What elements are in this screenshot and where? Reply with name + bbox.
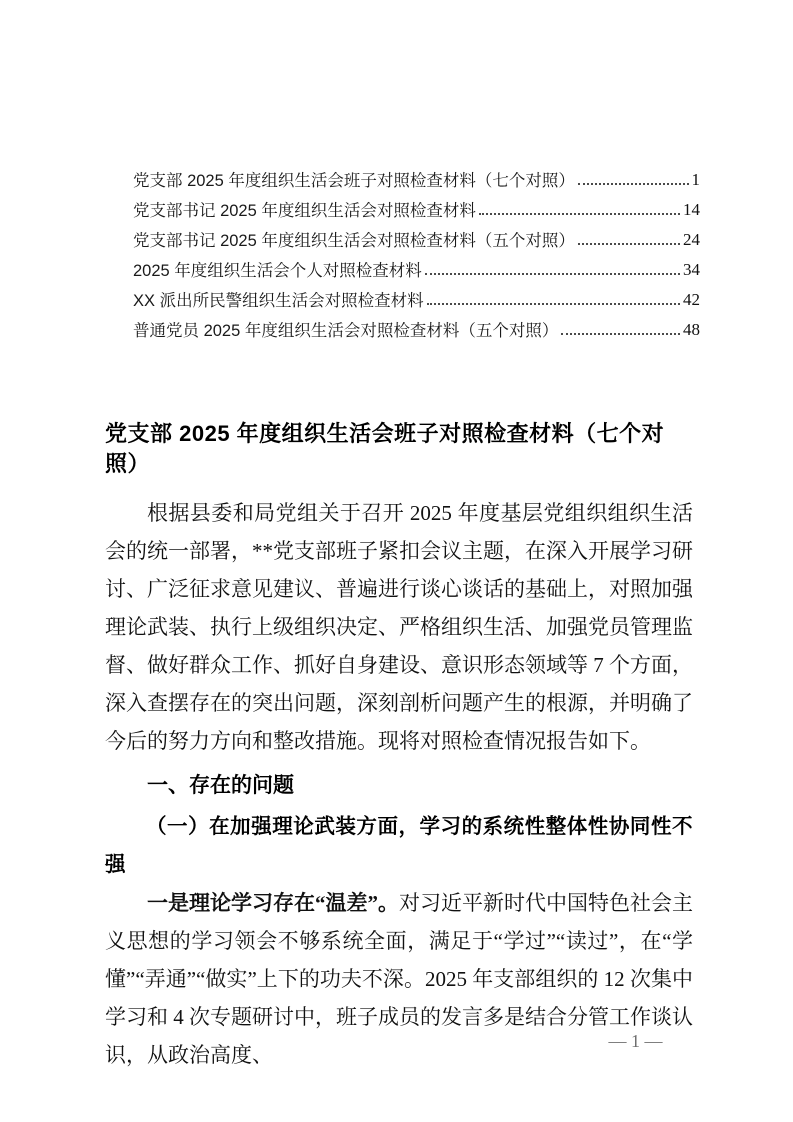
toc-entry-title: 普通党员 2025 年度组织生活会对照检查材料（五个对照） xyxy=(133,320,558,342)
toc-entry-title: 党支部书记 2025 年度组织生活会对照检查材料 xyxy=(133,200,476,222)
paragraph-lead-in: 一是理论学习存在“温差”。 xyxy=(147,891,399,915)
toc-entry[interactable]: 党支部书记 2025 年度组织生活会对照检查材料（五个对照） 24 xyxy=(133,222,700,252)
toc-entry-page-number: 42 xyxy=(683,289,700,311)
toc-dot-leader xyxy=(425,273,680,275)
toc-entry[interactable]: 党支部 2025 年度组织生活会班子对照检查材料（七个对照） 1 xyxy=(133,162,700,192)
subsection-heading: （一）在加强理论武装方面，学习的系统性整体性协同性不强 xyxy=(105,808,693,884)
toc-entry-page-number: 14 xyxy=(683,199,700,221)
toc-entry[interactable]: 普通党员 2025 年度组织生活会对照检查材料（五个对照） 48 xyxy=(133,312,700,342)
intro-paragraph: 根据县委和局党组关于召开 2025 年度基层党组织组织生活会的统一部署，**党支… xyxy=(105,494,693,760)
toc-entry[interactable]: 党支部书记 2025 年度组织生活会对照检查材料 14 xyxy=(133,192,700,222)
toc-entry-title: 党支部书记 2025 年度组织生活会对照检查材料（五个对照） xyxy=(133,230,575,252)
toc-entry-title: 党支部 2025 年度组织生活会班子对照检查材料（七个对照） xyxy=(133,170,575,192)
toc-entry[interactable]: 2025 年度组织生活会个人对照检查材料 34 xyxy=(133,252,700,282)
toc-entry-title: 2025 年度组织生活会个人对照检查材料 xyxy=(133,260,422,282)
document-page: 党支部 2025 年度组织生活会班子对照检查材料（七个对照） 1 党支部书记 2… xyxy=(0,0,793,1122)
table-of-contents: 党支部 2025 年度组织生活会班子对照检查材料（七个对照） 1 党支部书记 2… xyxy=(133,162,700,342)
toc-entry-page-number: 34 xyxy=(683,259,700,281)
document-title: 党支部 2025 年度组织生活会班子对照检查材料（七个对照） xyxy=(105,419,693,479)
page-number: — 1 — xyxy=(563,1031,708,1052)
toc-dot-leader xyxy=(427,303,680,305)
toc-dot-leader xyxy=(578,243,680,245)
toc-dot-leader xyxy=(479,213,680,215)
toc-entry-page-number: 1 xyxy=(692,169,701,191)
toc-entry-page-number: 24 xyxy=(683,229,700,251)
toc-entry[interactable]: XX 派出所民警组织生活会对照检查材料 42 xyxy=(133,282,700,312)
toc-entry-title: XX 派出所民警组织生活会对照检查材料 xyxy=(133,290,424,312)
document-body: 根据县委和局党组关于召开 2025 年度基层党组织组织生活会的统一部署，**党支… xyxy=(105,494,693,1074)
toc-dot-leader xyxy=(561,333,680,335)
toc-entry-page-number: 48 xyxy=(683,319,700,341)
toc-dot-leader xyxy=(578,183,689,185)
section-heading: 一、存在的问题 xyxy=(105,767,693,805)
